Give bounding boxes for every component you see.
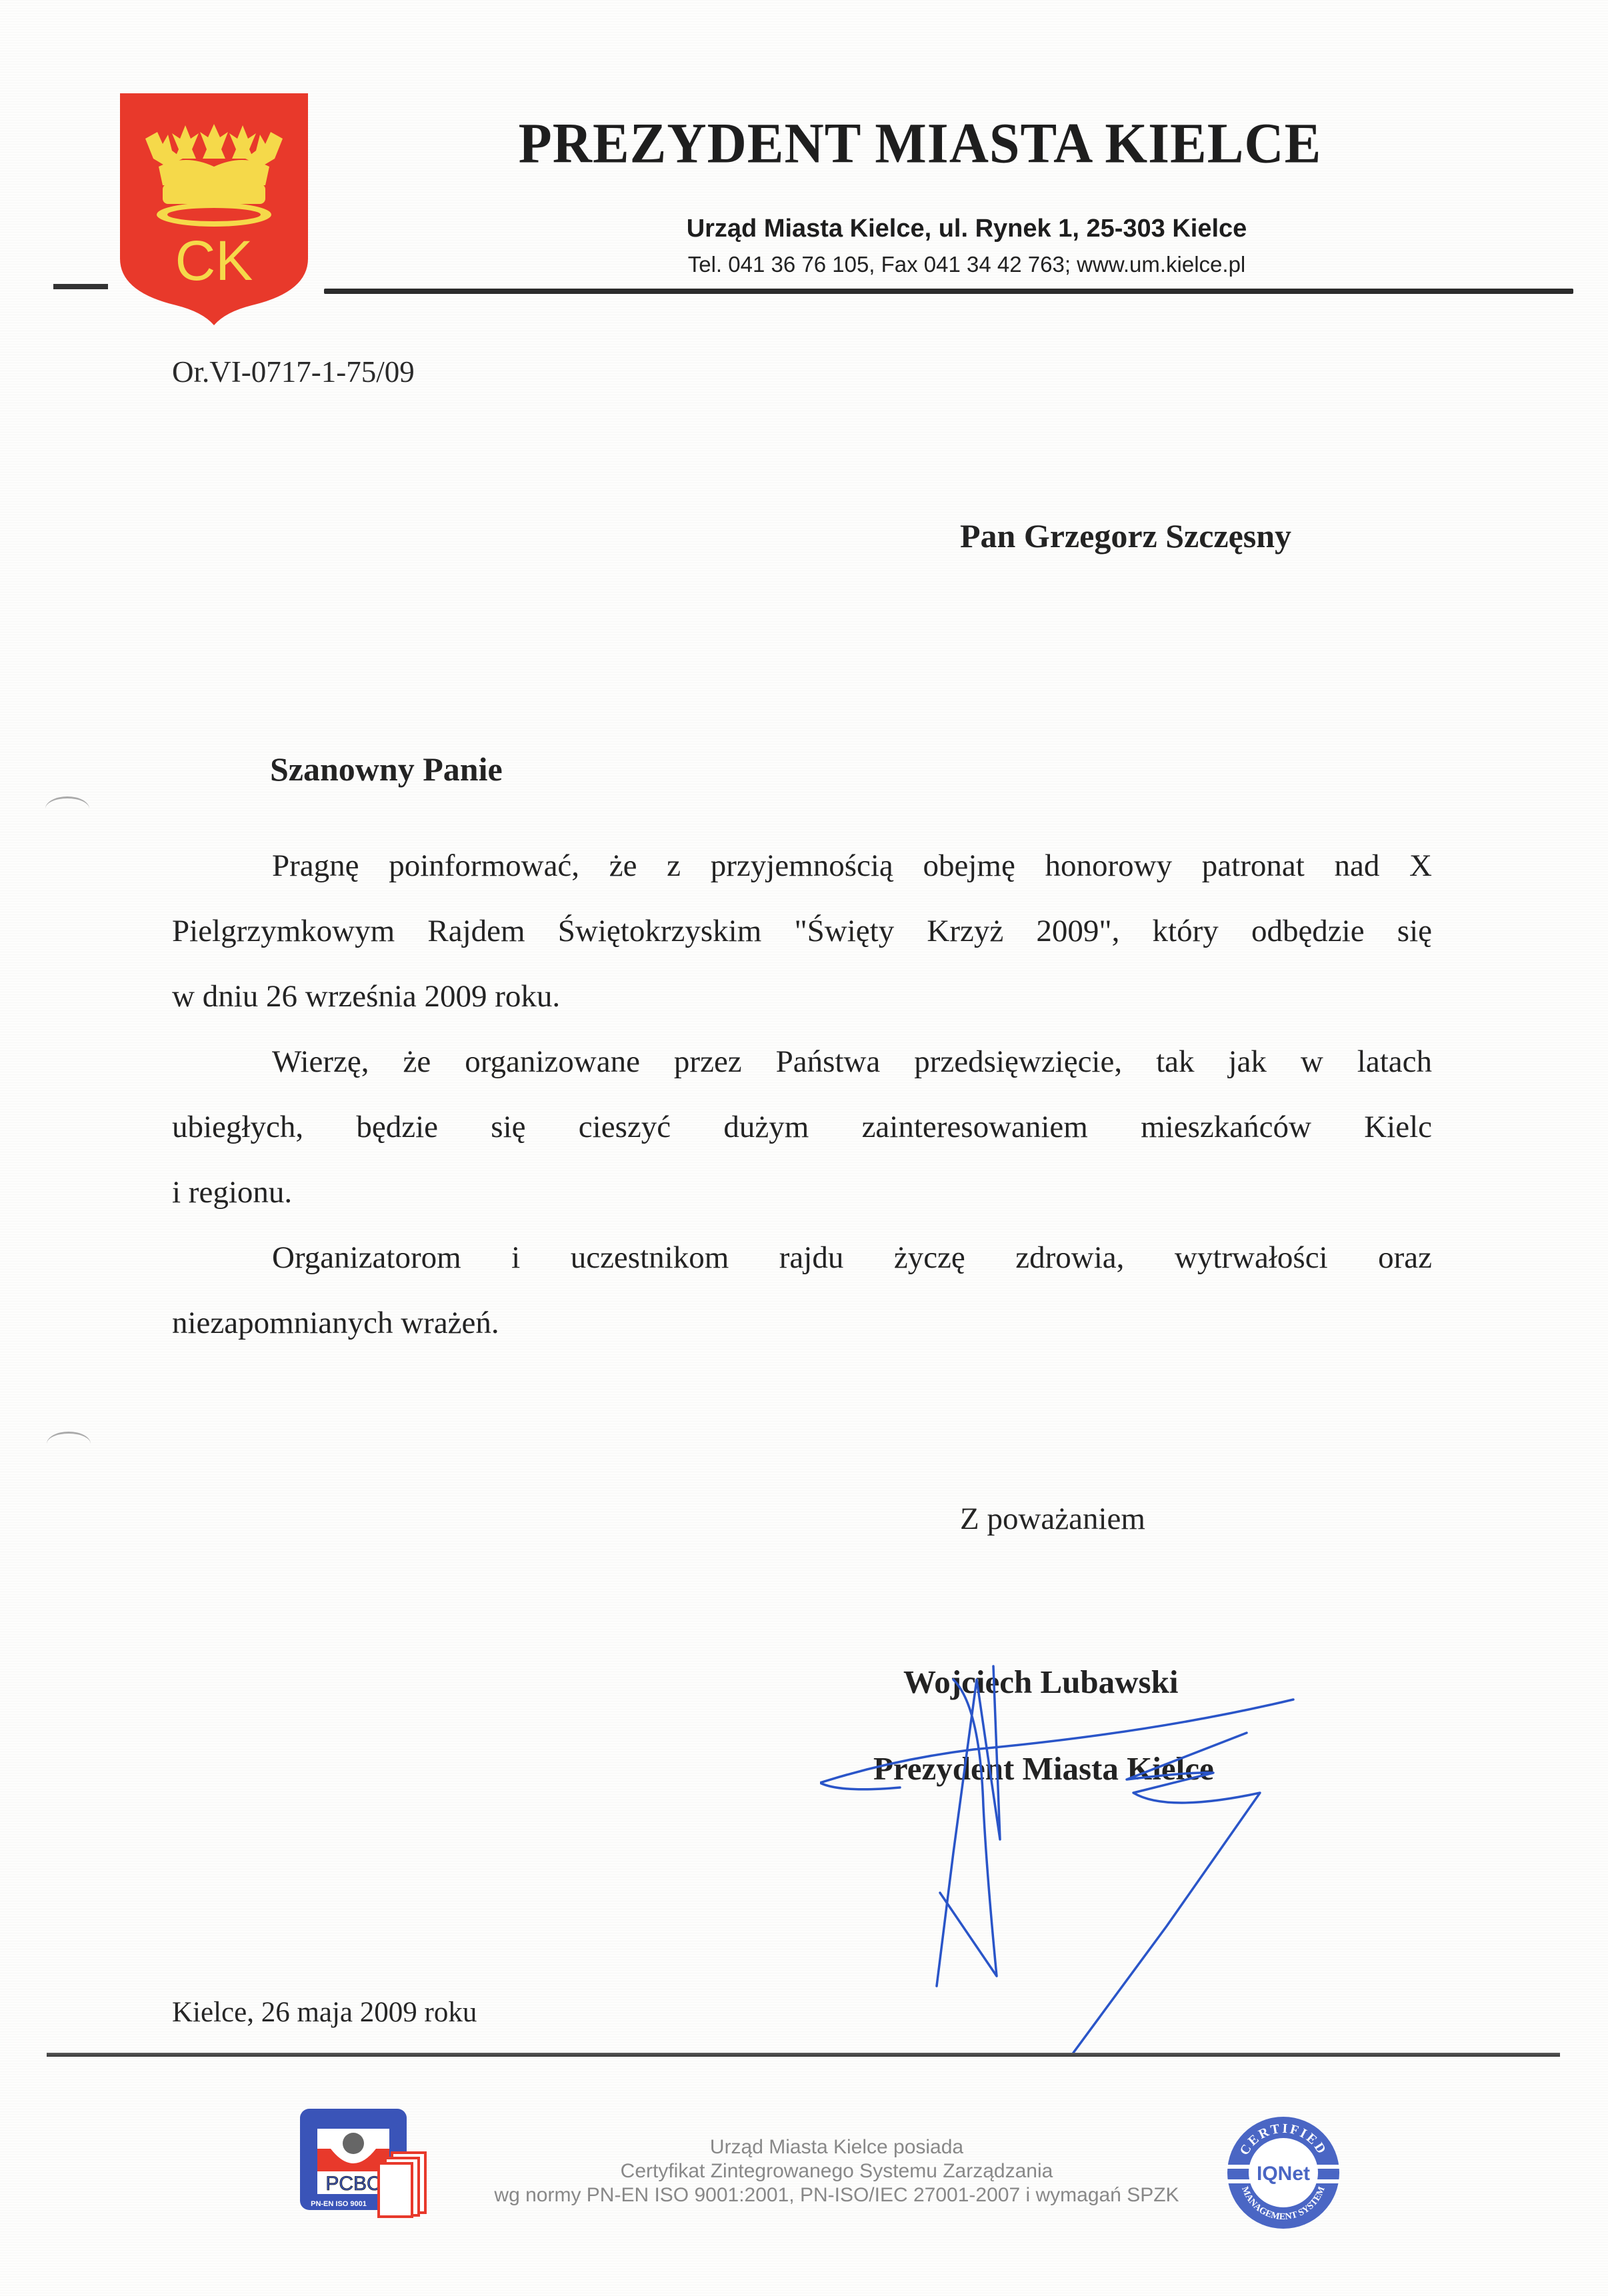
body-line: niezapomnianych wrażeń. [172,1305,1432,1341]
body-line: w dniu 26 września 2009 roku. [172,978,1432,1014]
svg-text:PN-EN ISO 9001: PN-EN ISO 9001 [311,2200,367,2208]
certificate-line: Urząd Miasta Kielce posiada [427,2136,1247,2159]
signer-name: Wojciech Lubawski [903,1663,1178,1701]
punch-hole-top [45,796,89,821]
signer-title: Prezydent Miasta Kielce [873,1749,1214,1787]
closing: Z poważaniem [960,1501,1145,1537]
letterhead-title: PREZYDENT MIASTA KIELCE [467,111,1373,177]
body-line: Wierzę, że organizowane przez Państwa pr… [172,1044,1432,1080]
recipient: Pan Grzegorz Szczęsny [960,517,1291,555]
svg-text:CK: CK [175,229,253,292]
header-rule-short [53,284,108,289]
svg-text:IQNet: IQNet [1257,2163,1310,2185]
pcbc-certification-logo-icon: PCBC PN-EN ISO 9001 [299,2105,432,2218]
letterhead-address: Urząd Miasta Kielce, ul. Rynek 1, 25-303… [533,215,1400,243]
kielce-crest-icon: CK [119,92,309,327]
iqnet-certified-logo-icon: CERTIFIED MANAGEMENT SYSTEM IQNet [1223,2113,1343,2233]
greeting: Szanowny Panie [270,750,503,788]
body-line: Organizatorom i uczestnikom rajdu życzę … [172,1240,1432,1276]
certificate-line: Certyfikat Zintegrowanego Systemu Zarząd… [427,2160,1247,2183]
letterhead-contact: Tel. 041 36 76 105, Fax 041 34 42 763; w… [533,252,1400,277]
body-line: Pragnę poinformować, że z przyjemnością … [172,848,1432,884]
place-date: Kielce, 26 maja 2009 roku [172,1996,477,2029]
body-line: ubiegłych, będzie się cieszyć dużym zain… [172,1109,1432,1145]
body-line: Pielgrzymkowym Rajdem Świętokrzyskim "Św… [172,913,1432,949]
body-line: i regionu. [172,1174,1432,1210]
reference-number: Or.VI-0717-1-75/09 [172,355,415,389]
footer-rule [47,2053,1560,2057]
svg-text:PCBC: PCBC [325,2173,381,2195]
certificate-line: wg normy PN-EN ISO 9001:2001, PN-ISO/IEC… [427,2184,1247,2207]
punch-hole-bottom [47,1432,91,1456]
header-rule [324,289,1573,294]
handwritten-signature-icon [820,1640,1327,2053]
